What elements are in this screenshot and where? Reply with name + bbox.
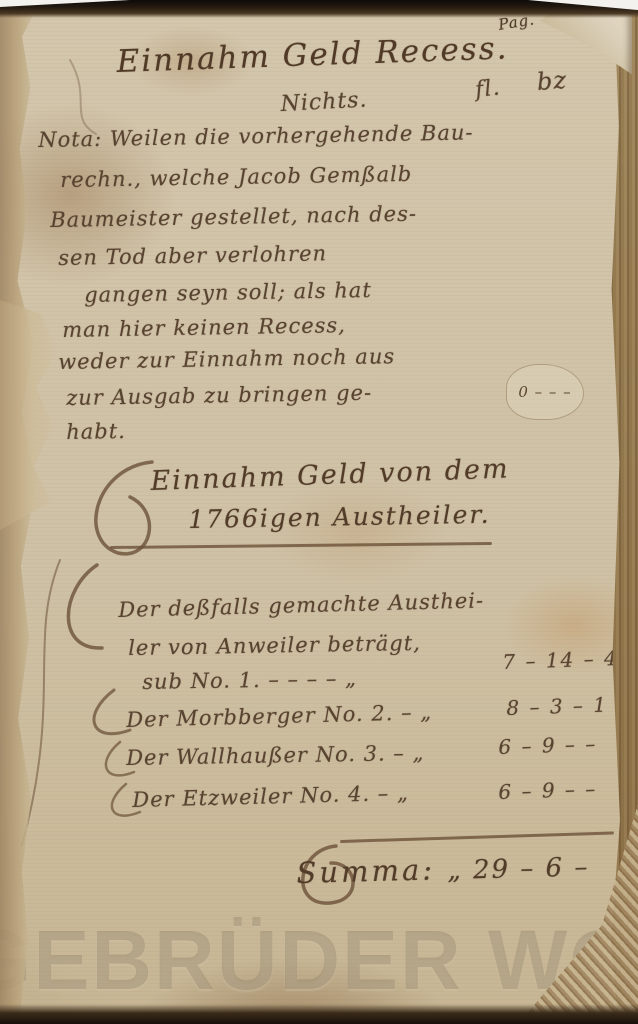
title-annotation: Nichts. <box>280 87 368 117</box>
entry-intro-line: ler von Anweiler beträgt, <box>128 631 421 660</box>
section-heading-line2: 1766igen Austheiler. <box>188 500 491 534</box>
entry-row-amount: 8 – 3 – 1 <box>506 692 608 720</box>
currency-column-florin: fl. <box>474 75 502 102</box>
summary-amount: „ 29 – 6 – <box>447 852 590 886</box>
summary-label: Summa: <box>296 852 435 890</box>
paragraph-line: sen Tod aber verlohren <box>58 241 327 270</box>
margin-amount: 0 – – – <box>518 383 571 401</box>
margin-amount-patch: 0 – – – <box>506 364 584 420</box>
paragraph-line: man hier keinen Recess, <box>62 313 346 342</box>
book-top-edge <box>0 0 638 18</box>
entry-row-amount: 6 – 9 – – <box>498 777 598 804</box>
paragraph-line: habt. <box>66 419 126 444</box>
currency-column-batzen: bz <box>536 66 568 96</box>
paper-mill-watermark: GEBRÜDER WOMMER <box>0 912 638 1009</box>
book-bottom-edge <box>0 1004 638 1024</box>
entry-row-amount: 7 – 14 – 4. <box>502 646 627 674</box>
scanned-manuscript: GEBRÜDER WOMMER Pag. Einnahm Geld Recess… <box>0 0 638 1024</box>
entry-row-label: sub No. 1. – – – – „ <box>142 666 357 694</box>
paragraph-line: gangen seyn soll; als hat <box>84 278 372 307</box>
entry-row-amount: 6 – 9 – – <box>498 732 598 759</box>
